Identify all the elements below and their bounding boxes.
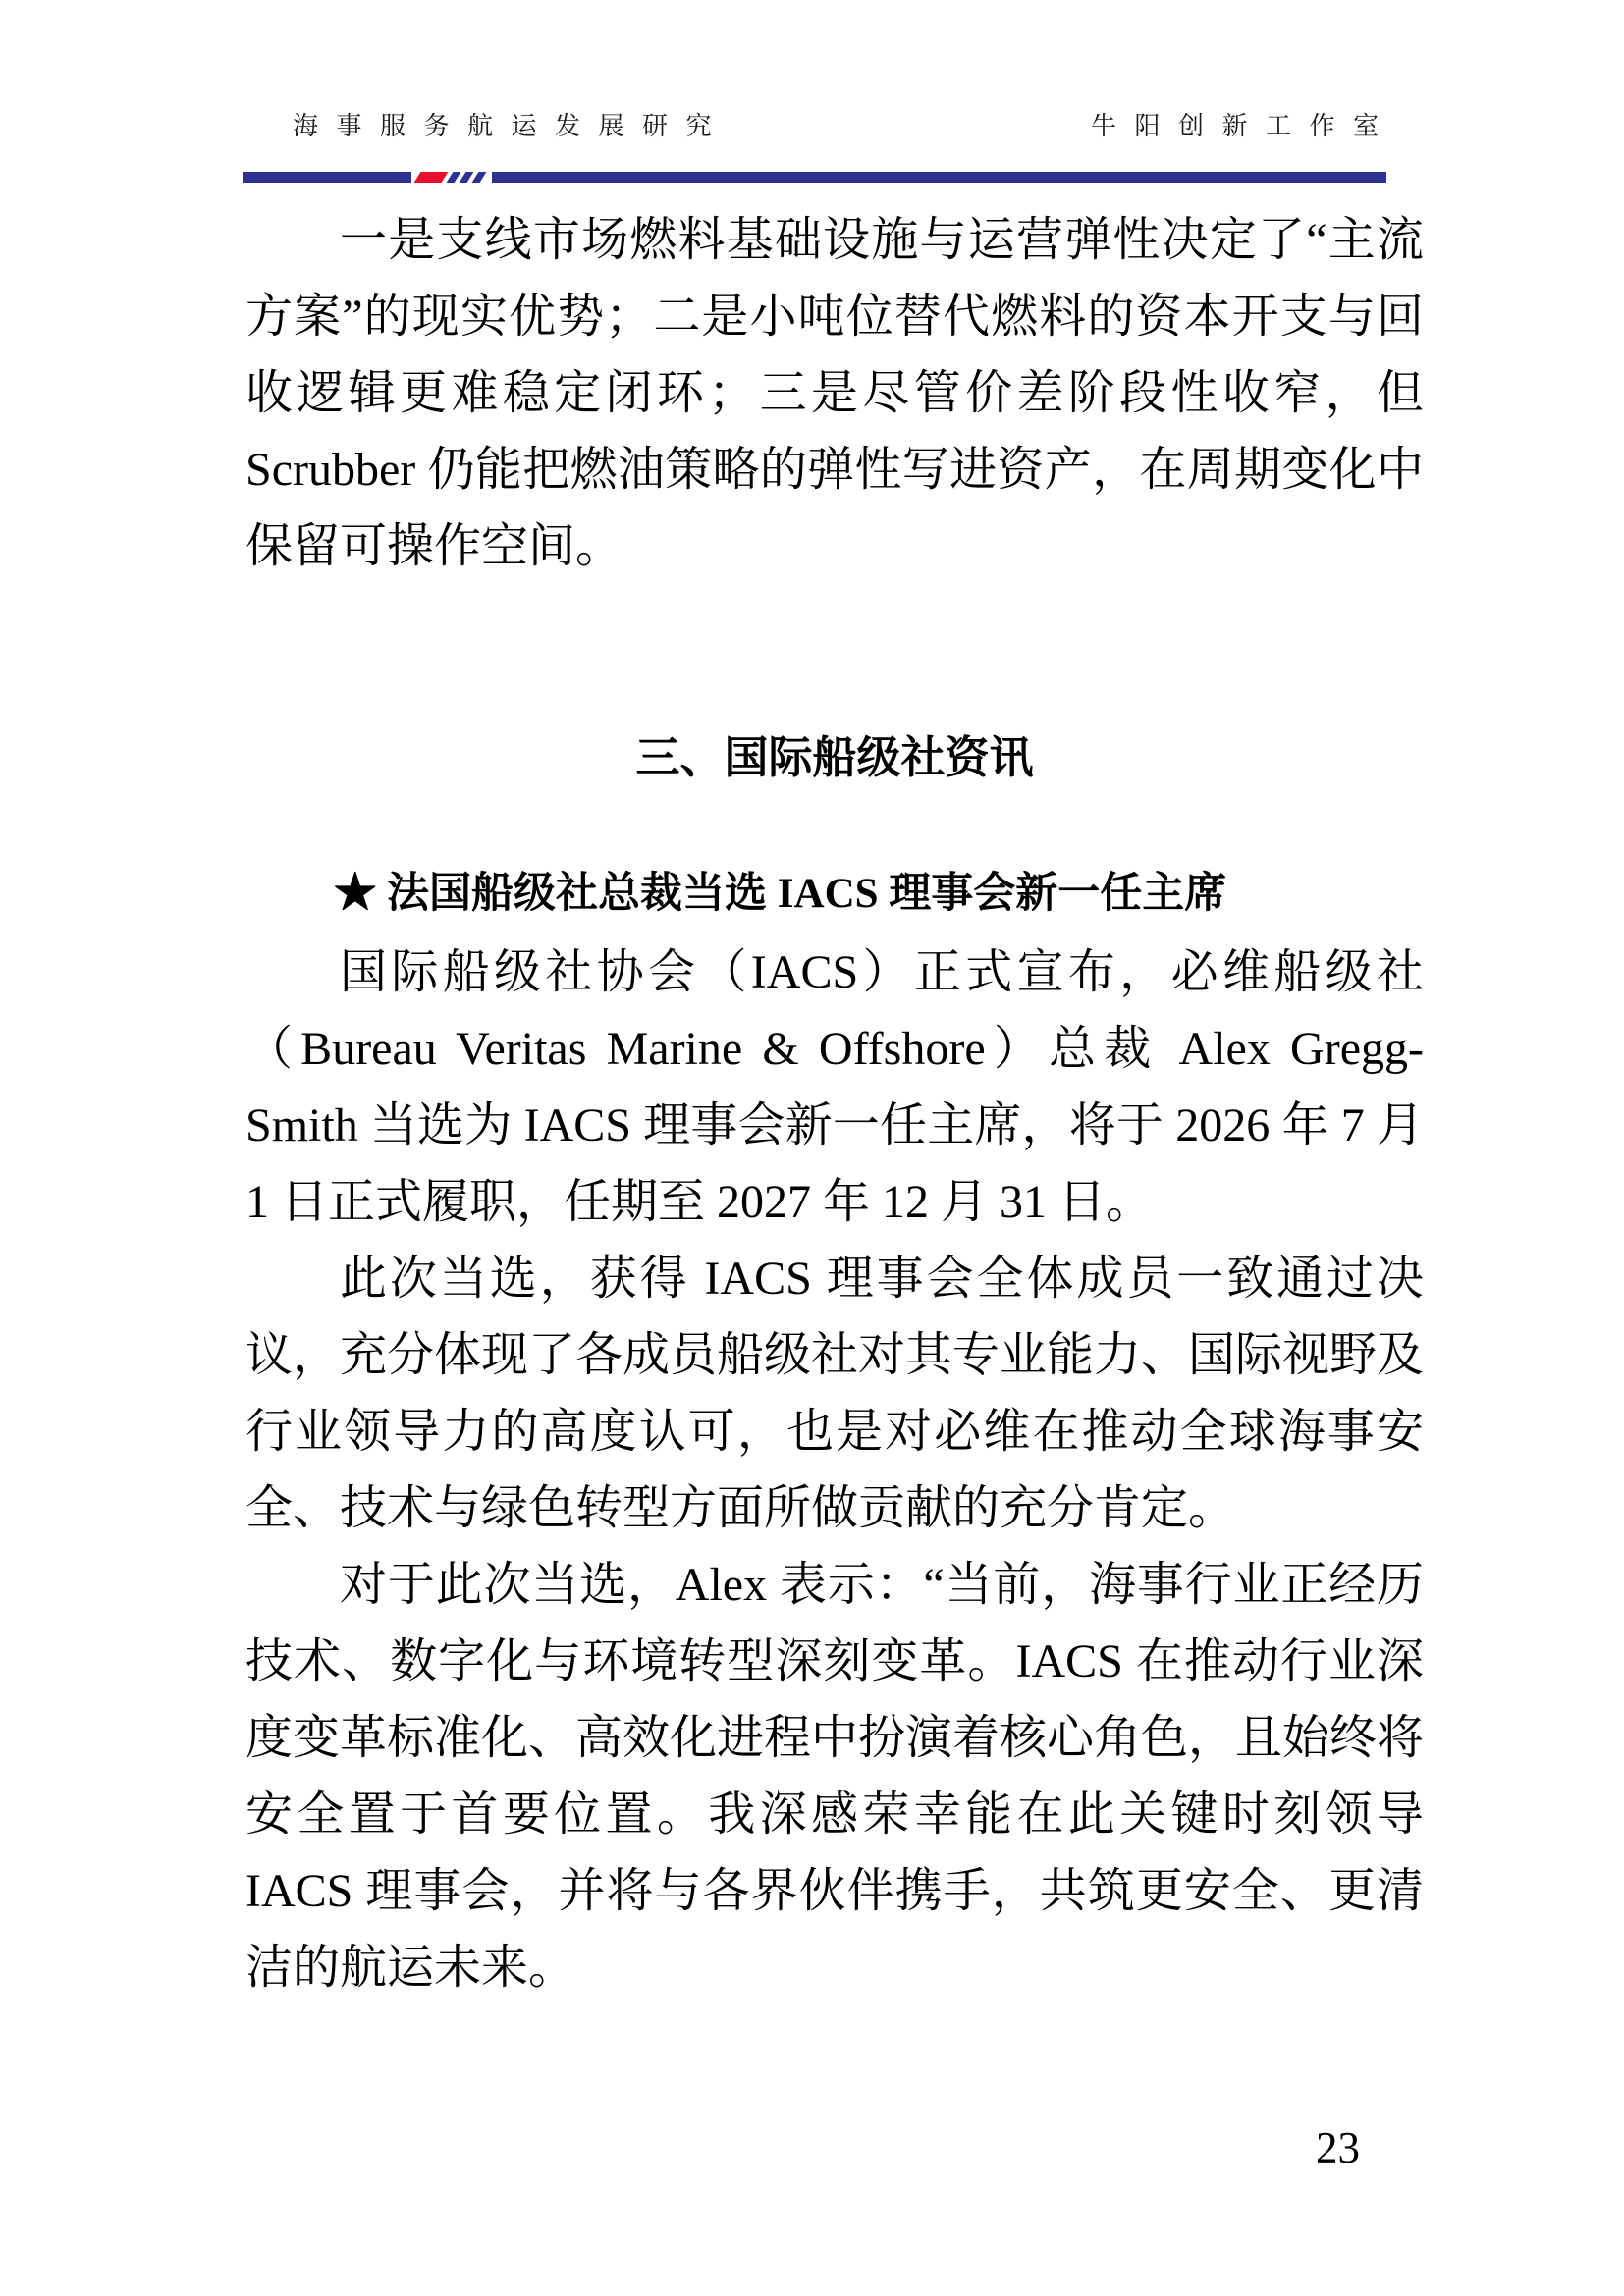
body-paragraph-2: 国际船级社协会（IACS）正式宣布，必维船级社（Bureau Veritas M… <box>245 934 1424 1241</box>
body-paragraph-3: 此次当选，获得 IACS 理事会全体成员一致通过决议，充分体现了各成员船级社对其… <box>245 1241 1424 1547</box>
document-page: 海 事 服 务 航 运 发 展 研 究 牛 阳 创 新 工 作 室 一是支线市场… <box>0 0 1624 2296</box>
rule-accent-decoration <box>411 172 492 183</box>
body-column: 一是支线市场燃料基础设施与运营弹性决定了“主流方案”的现实优势；二是小吨位替代燃… <box>245 202 1424 2006</box>
body-paragraph-1: 一是支线市场燃料基础设施与运营弹性决定了“主流方案”的现实优势；二是小吨位替代燃… <box>245 202 1424 585</box>
header-right-title: 牛 阳 创 新 工 作 室 <box>1091 106 1384 142</box>
header-rule <box>243 172 1386 183</box>
header-left-title: 海 事 服 务 航 运 发 展 研 究 <box>293 106 718 142</box>
section-heading: 三、国际船级社资讯 <box>245 720 1424 796</box>
body-paragraph-4: 对于此次当选，Alex 表示：“当前，海事行业正经历技术、数字化与环境转型深刻变… <box>245 1547 1424 2006</box>
page-number: 23 <box>1316 2122 1360 2173</box>
article-headline: ★ 法国船级社总裁当选 IACS 理事会新一任主席 <box>245 856 1424 933</box>
